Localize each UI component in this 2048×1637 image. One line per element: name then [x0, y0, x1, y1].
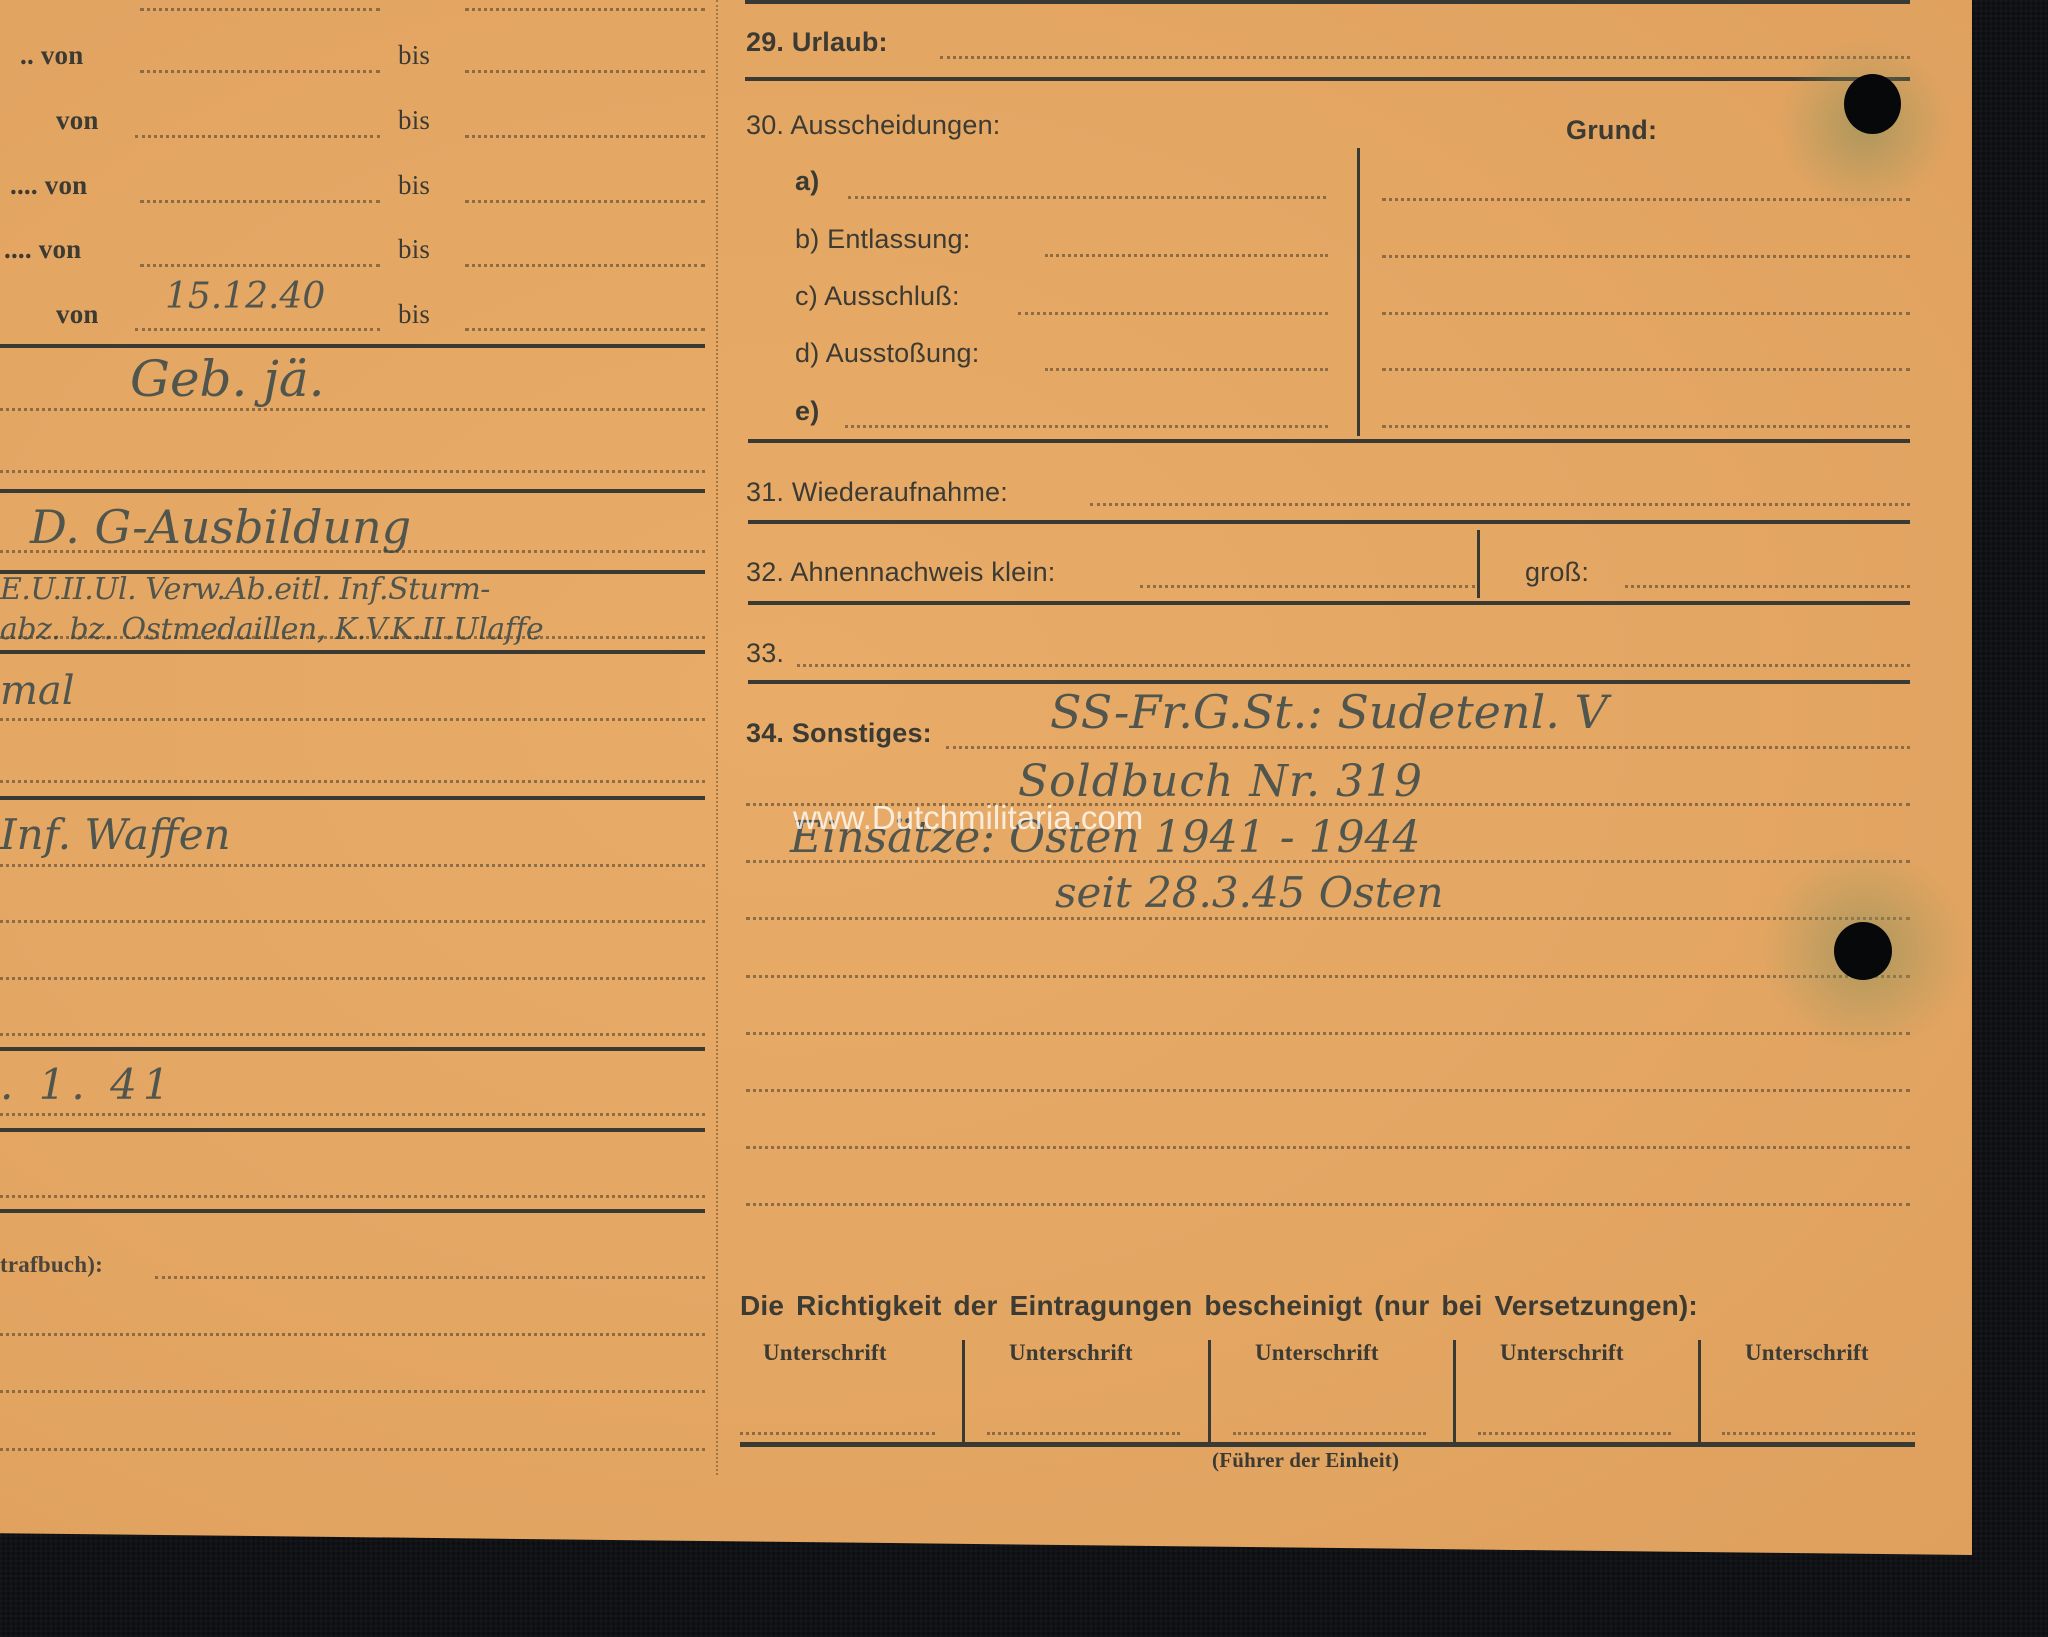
ahnennachweis-gross-field[interactable] — [1625, 585, 1910, 588]
grund-label: Grund: — [1566, 115, 1657, 146]
signature-label: Unterschrift — [1500, 1340, 1624, 1366]
sonstiges-field[interactable] — [946, 746, 1910, 749]
dotted-line — [746, 860, 1910, 863]
section-divider — [0, 1128, 705, 1132]
ausscheidung-c-field[interactable] — [1018, 312, 1328, 315]
bis-field[interactable] — [465, 135, 705, 138]
von-label: .... von — [4, 234, 81, 265]
dotted-line — [0, 864, 705, 867]
section-divider — [748, 520, 1910, 524]
ausscheidungen-label: 30. Ausscheidungen: — [746, 110, 1001, 141]
handwritten-entry: abz. bz. Ostmedaillen, K.V.K.II.Ulaffe — [0, 612, 543, 647]
signature-field[interactable] — [740, 1432, 935, 1435]
section-divider — [0, 1047, 705, 1051]
wiederaufnahme-label: 31. Wiederaufnahme: — [746, 477, 1008, 508]
ausscheidung-e-label: e) — [795, 396, 819, 427]
section-divider — [748, 601, 1910, 605]
handwritten-entry: . 1. 41 — [0, 1060, 176, 1109]
von-field[interactable] — [140, 200, 380, 203]
section-divider — [748, 439, 1910, 443]
signature-field[interactable] — [1722, 1432, 1915, 1435]
dotted-line — [465, 8, 705, 11]
grund-c-field[interactable] — [1382, 312, 1910, 315]
signature-label: Unterschrift — [1009, 1340, 1133, 1366]
signature-field[interactable] — [1233, 1432, 1426, 1435]
dotted-line — [746, 1089, 1910, 1092]
dotted-line — [0, 780, 705, 783]
dotted-line — [746, 975, 1910, 978]
ahnennachweis-klein-field[interactable] — [1140, 585, 1475, 588]
sonstiges-line: SS-Fr.G.St.: Sudetenl. V — [1050, 685, 1608, 739]
strafbuch-label: trafbuch): — [0, 1252, 103, 1278]
dotted-line — [0, 1195, 705, 1198]
signature-field[interactable] — [987, 1432, 1180, 1435]
section-divider — [0, 1209, 705, 1213]
sonstiges-label: 34. Sonstiges: — [746, 718, 932, 749]
dotted-line — [0, 470, 705, 473]
bis-field[interactable] — [465, 264, 705, 267]
von-label: .. von — [20, 40, 83, 71]
bis-label: bis — [398, 40, 430, 71]
handwritten-entry: E.U.II.Ul. Verw.Ab.eitl. Inf.Sturm- — [0, 572, 490, 607]
section-divider — [0, 796, 705, 800]
dotted-line — [746, 1032, 1910, 1035]
section-divider — [740, 1442, 1915, 1447]
ausscheidung-e-field[interactable] — [845, 425, 1328, 428]
ahnennachweis-gross-label: groß: — [1525, 557, 1589, 588]
dotted-line — [746, 1203, 1910, 1206]
unit-leader-caption: (Führer der Einheit) — [1212, 1448, 1399, 1473]
handwritten-entry: mal — [0, 668, 75, 714]
dotted-line — [0, 1113, 705, 1116]
dotted-line — [140, 8, 380, 11]
ausscheidung-d-label: d) Ausstoßung: — [795, 338, 979, 369]
certification-statement: Die Richtigkeit der Eintragungen beschei… — [740, 1290, 1698, 1322]
punch-hole-icon — [1834, 922, 1892, 980]
dotted-line — [0, 920, 705, 923]
sonstiges-line: seit 28.3.45 Osten — [1055, 868, 1444, 917]
grund-d-field[interactable] — [1382, 368, 1910, 371]
urlaub-label: 29. Urlaub: — [746, 27, 888, 58]
dotted-line — [0, 550, 705, 553]
signature-divider — [1453, 1340, 1456, 1442]
ausscheidung-c-label: c) Ausschluß: — [795, 281, 960, 312]
dotted-line — [0, 718, 705, 721]
ausscheidung-b-label: b) Entlassung: — [795, 224, 970, 255]
dotted-line — [0, 1033, 705, 1036]
dotted-line — [746, 1146, 1910, 1149]
von-value: 15.12.40 — [165, 276, 325, 317]
bis-field[interactable] — [465, 200, 705, 203]
wiederaufnahme-field[interactable] — [1090, 503, 1910, 506]
ahnennachweis-klein-label: 32. Ahnennachweis klein: — [746, 557, 1056, 588]
ausscheidung-d-field[interactable] — [1045, 368, 1328, 371]
urlaub-field[interactable] — [940, 56, 1910, 59]
signature-divider — [962, 1340, 965, 1442]
ausscheidung-b-field[interactable] — [1045, 254, 1328, 257]
von-label: von — [56, 105, 99, 136]
item-33-label: 33. — [746, 638, 784, 669]
bis-field[interactable] — [465, 70, 705, 73]
signature-label: Unterschrift — [763, 1340, 887, 1366]
column-fold-divider — [716, 0, 718, 1475]
strafbuch-field[interactable] — [155, 1276, 705, 1279]
dotted-line — [0, 1333, 705, 1336]
bis-label: bis — [398, 105, 430, 136]
signature-label: Unterschrift — [1255, 1340, 1379, 1366]
section-divider — [748, 680, 1910, 684]
section-divider — [0, 489, 705, 493]
von-field[interactable] — [140, 264, 380, 267]
grund-b-field[interactable] — [1382, 255, 1910, 258]
signature-divider — [1208, 1340, 1211, 1442]
punch-hole-icon — [1844, 74, 1901, 134]
dotted-line — [0, 408, 705, 411]
grund-divider — [1357, 148, 1360, 436]
section-divider — [745, 0, 1910, 4]
watermark: www.Dutchmilitaria.com — [793, 799, 1143, 837]
von-label: .... von — [10, 170, 87, 201]
von-field[interactable] — [140, 70, 380, 73]
handwritten-entry: D. G-Ausbildung — [30, 500, 411, 554]
signature-field[interactable] — [1478, 1432, 1671, 1435]
handwritten-entry: Inf. Waffen — [0, 810, 231, 859]
section-divider — [0, 344, 705, 348]
klein-gross-divider — [1477, 530, 1480, 598]
grund-e-field[interactable] — [1382, 425, 1910, 428]
signature-divider — [1698, 1340, 1701, 1442]
item-33-field[interactable] — [797, 664, 1910, 667]
section-divider — [0, 650, 705, 654]
dotted-line — [0, 1448, 705, 1451]
dotted-line — [746, 917, 1910, 920]
dotted-line — [0, 977, 705, 980]
bis-label: bis — [398, 170, 430, 201]
von-field[interactable] — [135, 328, 380, 331]
signature-label: Unterschrift — [1745, 1340, 1869, 1366]
handwritten-entry: Geb. jä. — [130, 350, 325, 408]
bis-label: bis — [398, 299, 430, 330]
bis-field[interactable] — [465, 328, 705, 331]
dotted-line — [0, 1390, 705, 1393]
form-sheet: .. von bis von bis .... von bis .... von… — [0, 0, 1972, 1555]
ausscheidung-a-field[interactable] — [848, 196, 1326, 199]
bis-label: bis — [398, 234, 430, 265]
ausscheidung-a-label: a) — [795, 166, 819, 197]
von-label: von — [56, 299, 99, 330]
von-field[interactable] — [135, 135, 380, 138]
section-divider — [745, 77, 1910, 81]
dotted-line — [0, 636, 705, 639]
